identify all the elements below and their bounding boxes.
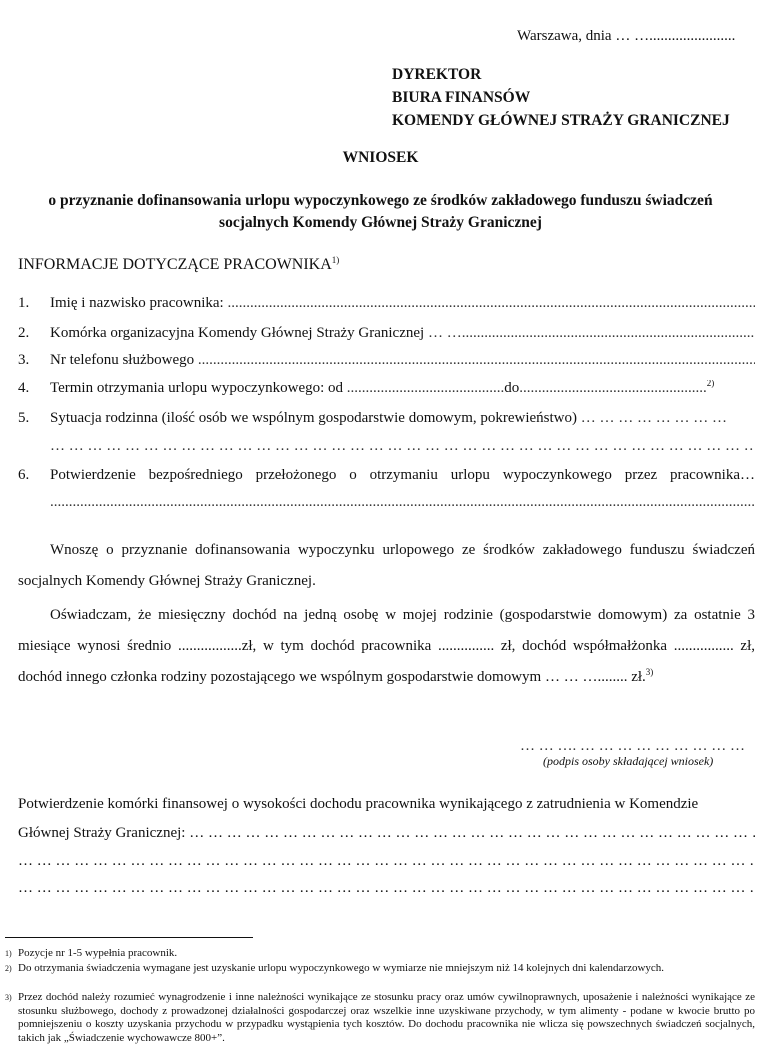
signature-caption: (podpis osoby składającej wniosek): [543, 754, 713, 769]
form-item-2: 2. Komórka organizacyjna Komendy Głównej…: [18, 325, 755, 342]
finance-confirmation-continuation-1[interactable]: … … … … … … … … … … … … … … … … … … … … …: [18, 853, 755, 870]
form-item-3: 3. Nr telefonu służbowego ..............…: [18, 352, 755, 369]
date-from-dots[interactable]: ........................................…: [343, 380, 504, 396]
document-title: WNIOSEK: [0, 149, 761, 167]
request-paragraph: Wnoszę o przyznanie dofinansowania wypoc…: [18, 535, 755, 597]
fill-dots: ........................................…: [224, 295, 755, 311]
item-number: 1.: [18, 295, 50, 312]
section-heading-text: INFORMACJE DOTYCZĄCE PRACOWNIKA: [18, 256, 332, 273]
item-number: 6.: [18, 467, 50, 484]
date-to-label: do: [504, 380, 519, 396]
footnote-ref: 1): [332, 255, 340, 265]
footnote-ref: 2): [707, 380, 715, 388]
footnote-text: Do otrzymania świadczenia wymagane jest …: [5, 962, 755, 976]
document-subtitle-line-2: socjalnych Komendy Głównej Straży Granic…: [0, 214, 761, 232]
document-subtitle-line-1: o przyznanie dofinansowania urlopu wypoc…: [0, 192, 761, 210]
item-label: Potwierdzenie bezpośredniego przełożoneg…: [50, 467, 755, 483]
footnote-label: 1): [5, 947, 12, 961]
footnote-text: Pozycje nr 1-5 wypełnia pracownik.: [5, 947, 755, 961]
date-to-dots[interactable]: ........................................…: [519, 380, 707, 396]
item-number: 3.: [18, 352, 50, 369]
footnote-separator: [5, 937, 253, 938]
form-item-4: 4. Termin otrzymania urlopu wypoczynkowe…: [18, 380, 755, 397]
footnote-label: 2): [5, 962, 12, 976]
finance-confirmation-continuation-2[interactable]: … … … … … … … … … … … … … … … … … … … … …: [18, 880, 755, 897]
family-situation-continuation[interactable]: … … … … … … … … … … … … … … … … … … … … …: [50, 438, 755, 455]
name-field[interactable]: Imię i nazwisko pracownika: ............…: [50, 295, 755, 312]
footnote-1: 1) Pozycje nr 1-5 wypełnia pracownik.: [5, 947, 755, 961]
place-date: Warszawa, dnia … …......................…: [517, 28, 735, 45]
form-item-1: 1. Imię i nazwisko pracownika: .........…: [18, 295, 755, 312]
income-text: Oświadczam, że miesięczny dochód na jedn…: [18, 607, 755, 685]
fill-dots: ........................................…: [194, 352, 755, 368]
footnote-2: 2) Do otrzymania świadczenia wymagane je…: [5, 962, 755, 976]
footnote-3: 3) Przez dochód należy rozumieć wynagrod…: [5, 991, 755, 1045]
finance-confirmation-line-1: Potwierdzenie komórki finansowej o wysok…: [18, 796, 755, 813]
addressee-line-1: DYREKTOR: [392, 66, 481, 84]
form-item-6: 6. Potwierdzenie bezpośredniego przełożo…: [18, 467, 755, 484]
item-label: Imię i nazwisko pracownika:: [50, 295, 224, 311]
request-text: Wnoszę o przyznanie dofinansowania wypoc…: [18, 535, 755, 597]
footnote-ref: 3): [646, 667, 654, 677]
item-number: 2.: [18, 325, 50, 342]
form-item-5: 5. Sytuacja rodzinna (ilość osób we wspó…: [18, 410, 755, 427]
addressee-line-3: KOMENDY GŁÓWNEJ STRAŻY GRANICZNEJ: [392, 112, 730, 130]
phone-field[interactable]: Nr telefonu służbowego .................…: [50, 352, 755, 369]
supervisor-confirmation-continuation[interactable]: ........................................…: [50, 494, 755, 511]
family-situation-field[interactable]: Sytuacja rodzinna (ilość osób we wspólny…: [50, 410, 755, 427]
fill-dots: … … … … … … … …: [577, 410, 727, 426]
item-number: 4.: [18, 380, 50, 397]
footnote-label: 3): [5, 991, 12, 1005]
income-paragraph: Oświadczam, że miesięczny dochód na jedn…: [18, 600, 755, 693]
addressee-line-2: BIURA FINANSÓW: [392, 89, 530, 107]
item-label: Nr telefonu służbowego: [50, 352, 194, 368]
item-label: Sytuacja rodzinna (ilość osób we wspólny…: [50, 410, 577, 426]
item-number: 5.: [18, 410, 50, 427]
item-label: Komórka organizacyjna Komendy Głównej St…: [50, 325, 424, 341]
section-heading: INFORMACJE DOTYCZĄCE PRACOWNIKA1): [18, 256, 339, 274]
unit-field[interactable]: Komórka organizacyjna Komendy Głównej St…: [50, 325, 755, 342]
fill-dots: … ….....................................…: [424, 325, 755, 341]
leave-dates-field[interactable]: Termin otrzymania urlopu wypoczynkowego:…: [50, 380, 755, 397]
signature-field[interactable]: … … …. … … … … … … … … …: [520, 738, 745, 755]
footnote-text: Przez dochód należy rozumieć wynagrodzen…: [5, 991, 755, 1045]
finance-confirmation-field[interactable]: Głównej Straży Granicznej: … … … … … … ……: [18, 825, 755, 842]
supervisor-confirmation-field[interactable]: Potwierdzenie bezpośredniego przełożoneg…: [50, 467, 755, 484]
item-label: Termin otrzymania urlopu wypoczynkowego:…: [50, 380, 343, 396]
